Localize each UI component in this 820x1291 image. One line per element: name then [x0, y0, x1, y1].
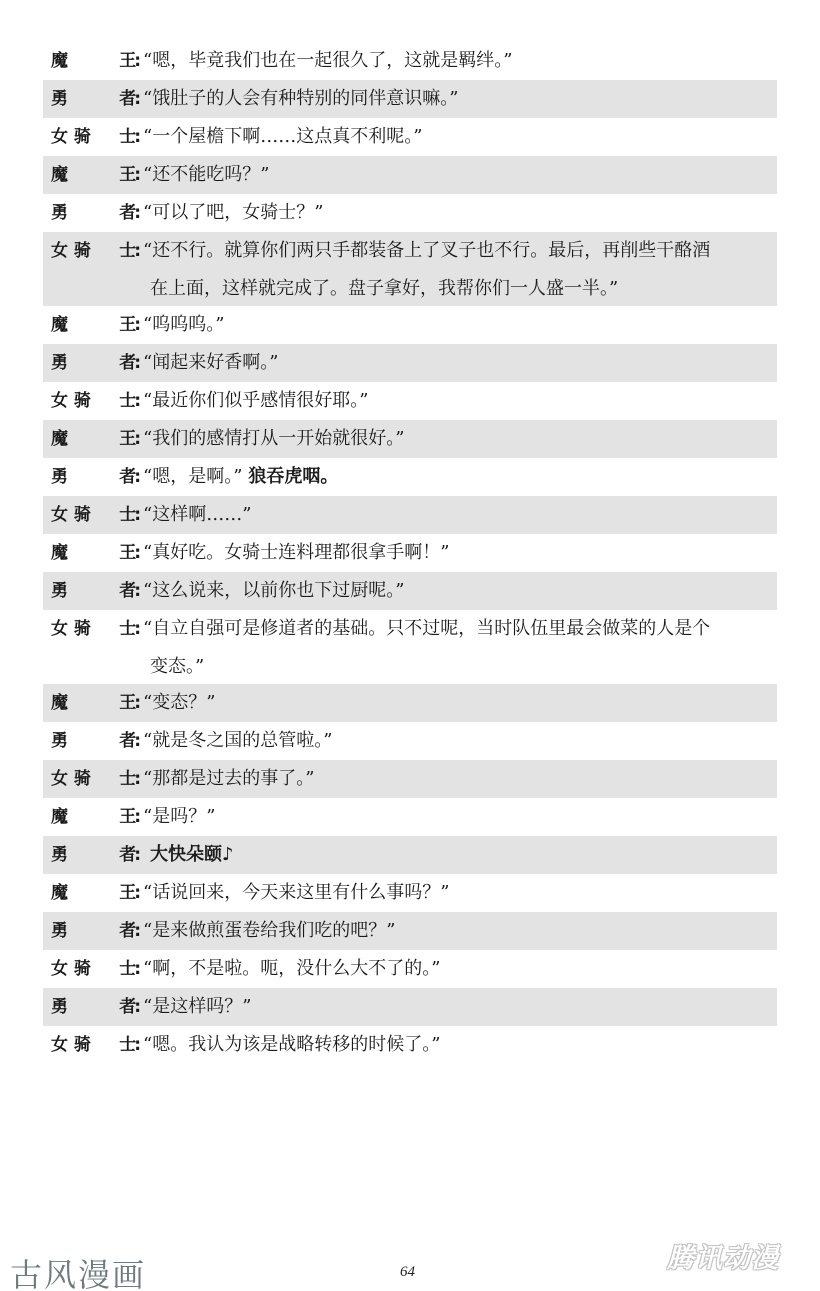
dialogue-row: 勇者:“闻起来好香啊。” [43, 344, 777, 382]
dialogue-text: “最近你们似乎感情很好耶。” [143, 390, 777, 412]
speaker-name-start: 女 骑 [51, 958, 91, 980]
speaker-name-start: 女 骑 [51, 768, 91, 790]
speaker-name-start: 魔 [51, 542, 68, 564]
speaker-label: 魔王: [43, 542, 143, 564]
speaker-name-end: 士: [119, 504, 141, 526]
dialogue-line: “一个屋檐下啊……这点真不利呢。” [143, 126, 422, 147]
dialogue-row: 魔王:“变态？” [43, 684, 777, 722]
speaker-name-end: 者: [119, 202, 141, 224]
speaker-colon: : [134, 731, 141, 751]
dialogue-row: 勇者:“就是冬之国的总管啦。” [43, 722, 777, 760]
speaker-name-end: 者: [119, 730, 141, 752]
dialogue-line: “最近你们似乎感情很好耶。” [143, 390, 368, 411]
dialogue-row: 女 骑士:“还不行。就算你们两只手都装备上了叉子也不行。最后，再削些干酪酒在上面… [43, 232, 777, 306]
footer-brand: 古风漫画 [10, 1250, 146, 1291]
speaker-name-end: 王: [119, 806, 141, 828]
dialogue-row: 女 骑士:“这样啊……” [43, 496, 777, 534]
dialogue-line: “嗯，是啊。” [143, 466, 242, 487]
dialogue-line: “真好吃。女骑士连料理都很拿手啊！” [143, 542, 449, 563]
speaker-label: 魔王: [43, 50, 143, 72]
speaker-label: 勇者: [43, 996, 143, 1018]
speaker-label: 勇者: [43, 920, 143, 942]
dialogue-row: 魔王:“嗯，毕竟我们也在一起很久了，这就是羁绊。” [43, 42, 777, 80]
watermark-logo: 腾讯动漫 [667, 1236, 807, 1269]
sound-effect-text: 大快朵颐♪ [150, 844, 234, 865]
speaker-colon: : [134, 543, 141, 563]
speaker-name-start: 勇 [51, 88, 68, 110]
dialogue-row: 勇者:“饿肚子的人会有种特别的同伴意识嘛。” [43, 80, 777, 118]
speaker-colon: : [134, 127, 141, 147]
dialogue-line: “闻起来好香啊。” [143, 352, 278, 373]
dialogue-text: “一个屋檐下啊……这点真不利呢。” [143, 126, 777, 148]
speaker-name-start: 女 骑 [51, 618, 91, 640]
speaker-label: 魔王: [43, 882, 143, 904]
speaker-name-start: 魔 [51, 692, 68, 714]
dialogue-row: 魔王:“话说回来，今天来这里有什么事吗？” [43, 874, 777, 912]
speaker-name-end: 士: [119, 240, 141, 262]
dialogue-row: 女 骑士:“嗯。我认为该是战略转移的时候了。” [43, 1026, 777, 1064]
dialogue-row: 女 骑士:“最近你们似乎感情很好耶。” [43, 382, 777, 420]
speaker-name-start: 勇 [51, 580, 68, 602]
speaker-name-end: 王: [119, 164, 141, 186]
speaker-name-start: 女 骑 [51, 240, 91, 262]
dialogue-text: “是吗？” [143, 806, 777, 828]
dialogue-line: “那都是过去的事了。” [143, 768, 314, 789]
dialogue-line: “可以了吧，女骑士？” [143, 202, 323, 223]
speaker-name-end: 者: [119, 920, 141, 942]
speaker-label: 女 骑士: [43, 768, 143, 790]
dialogue-text: “呜呜呜。” [143, 314, 777, 336]
speaker-colon: : [134, 959, 141, 979]
dialogue-text: “是来做煎蛋卷给我们吃的吧？” [143, 920, 777, 942]
dialogue-row: 魔王:“还不能吃吗？” [43, 156, 777, 194]
dialogue-row: 女 骑士:“一个屋檐下啊……这点真不利呢。” [43, 118, 777, 156]
speaker-name-start: 女 骑 [51, 504, 91, 526]
speaker-colon: : [134, 693, 141, 713]
dialogue-list: 魔王:“嗯，毕竟我们也在一起很久了，这就是羁绊。”勇者:“饿肚子的人会有种特别的… [43, 42, 777, 1064]
dialogue-line: “还不行。就算你们两只手都装备上了叉子也不行。最后，再削些干酪酒 [143, 240, 710, 261]
dialogue-text: “就是冬之国的总管啦。” [143, 730, 777, 752]
speaker-name-start: 勇 [51, 920, 68, 942]
dialogue-row: 勇者:“这么说来，以前你也下过厨呢。” [43, 572, 777, 610]
speaker-label: 女 骑士: [43, 240, 143, 262]
speaker-name-end: 王: [119, 314, 141, 336]
dialogue-row: 魔王:“真好吃。女骑士连料理都很拿手啊！” [43, 534, 777, 572]
speaker-label: 女 骑士: [43, 504, 143, 526]
dialogue-text: “闻起来好香啊。” [143, 352, 777, 374]
speaker-name-end: 者: [119, 88, 141, 110]
speaker-name-end: 士: [119, 618, 141, 640]
speaker-colon: : [134, 619, 141, 639]
dialogue-line: “嗯，毕竟我们也在一起很久了，这就是羁绊。” [143, 50, 512, 71]
speaker-label: 女 骑士: [43, 618, 143, 640]
dialogue-text: “嗯，是啊。”狼吞虎咽。 [143, 466, 777, 488]
speaker-name-start: 勇 [51, 730, 68, 752]
dialogue-text: “啊，不是啦。呃，没什么大不了的。” [143, 958, 777, 980]
dialogue-line: “是吗？” [143, 806, 215, 827]
speaker-colon: : [134, 429, 141, 449]
speaker-name-end: 王: [119, 428, 141, 450]
dialogue-line-continuation: 变态。” [143, 656, 769, 678]
speaker-label: 女 骑士: [43, 126, 143, 148]
speaker-label: 魔王: [43, 164, 143, 186]
speaker-label: 勇者: [43, 466, 143, 488]
dialogue-text: “那都是过去的事了。” [143, 768, 777, 790]
dialogue-row: 勇者:“嗯，是啊。”狼吞虎咽。 [43, 458, 777, 496]
dialogue-line: “自立自强可是修道者的基础。只不过呢，当时队伍里最会做菜的人是个 [143, 618, 710, 639]
dialogue-row: 勇者:“可以了吧，女骑士？” [43, 194, 777, 232]
dialogue-row: 魔王:“我们的感情打从一开始就很好。” [43, 420, 777, 458]
dialogue-line: “嗯。我认为该是战略转移的时候了。” [143, 1034, 440, 1055]
speaker-colon: : [134, 845, 141, 865]
dialogue-line: “变态？” [143, 692, 215, 713]
dialogue-text: “嗯，毕竟我们也在一起很久了，这就是羁绊。” [143, 50, 777, 72]
speaker-name-start: 勇 [51, 466, 68, 488]
dialogue-line: “还不能吃吗？” [143, 164, 269, 185]
speaker-name-start: 女 骑 [51, 1034, 91, 1056]
speaker-label: 魔王: [43, 314, 143, 336]
speaker-colon: : [134, 505, 141, 525]
dialogue-row: 女 骑士:“那都是过去的事了。” [43, 760, 777, 798]
speaker-name-end: 士: [119, 958, 141, 980]
dialogue-text: “自立自强可是修道者的基础。只不过呢，当时队伍里最会做菜的人是个变态。” [143, 618, 777, 678]
speaker-name-end: 王: [119, 542, 141, 564]
speaker-label: 魔王: [43, 806, 143, 828]
speaker-colon: : [134, 467, 141, 487]
dialogue-row: 魔王:“呜呜呜。” [43, 306, 777, 344]
speaker-name-start: 勇 [51, 996, 68, 1018]
speaker-label: 勇者: [43, 844, 143, 866]
speaker-name-start: 魔 [51, 882, 68, 904]
dialogue-row: 女 骑士:“自立自强可是修道者的基础。只不过呢，当时队伍里最会做菜的人是个变态。… [43, 610, 777, 684]
dialogue-line: “我们的感情打从一开始就很好。” [143, 428, 404, 449]
speaker-colon: : [134, 883, 141, 903]
speaker-name-start: 魔 [51, 806, 68, 828]
speaker-name-start: 女 骑 [51, 390, 91, 412]
speaker-colon: : [134, 353, 141, 373]
page-number: 64 [400, 1264, 415, 1281]
speaker-colon: : [134, 315, 141, 335]
dialogue-line-continuation: 在上面，这样就完成了。盘子拿好，我帮你们一人盛一半。” [143, 278, 769, 300]
speaker-colon: : [134, 203, 141, 223]
speaker-colon: : [134, 807, 141, 827]
dialogue-row: 勇者:“是这样吗？” [43, 988, 777, 1026]
speaker-label: 勇者: [43, 202, 143, 224]
dialogue-line: “饿肚子的人会有种特别的同伴意识嘛。” [143, 88, 458, 109]
speaker-name-end: 士: [119, 390, 141, 412]
speaker-label: 女 骑士: [43, 1034, 143, 1056]
speaker-name-end: 士: [119, 126, 141, 148]
speaker-colon: : [134, 921, 141, 941]
dialogue-text: “这样啊……” [143, 504, 777, 526]
speaker-name-end: 者: [119, 352, 141, 374]
dialogue-text: “变态？” [143, 692, 777, 714]
speaker-name-end: 者: [119, 844, 141, 866]
dialogue-line: “呜呜呜。” [143, 314, 224, 335]
speaker-label: 勇者: [43, 580, 143, 602]
speaker-name-start: 魔 [51, 164, 68, 186]
dialogue-line: “话说回来，今天来这里有什么事吗？” [143, 882, 449, 903]
dialogue-line: “啊，不是啦。呃，没什么大不了的。” [143, 958, 440, 979]
dialogue-text: “话说回来，今天来这里有什么事吗？” [143, 882, 777, 904]
dialogue-line: “这样啊……” [143, 504, 251, 525]
dialogue-row: 勇者:大快朵颐♪ [43, 836, 777, 874]
speaker-colon: : [134, 997, 141, 1017]
dialogue-text: “嗯。我认为该是战略转移的时候了。” [143, 1034, 777, 1056]
dialogue-text: “是这样吗？” [143, 996, 777, 1018]
speaker-name-end: 者: [119, 580, 141, 602]
speaker-colon: : [134, 1035, 141, 1055]
speaker-name-end: 王: [119, 692, 141, 714]
dialogue-row: 勇者:“是来做煎蛋卷给我们吃的吧？” [43, 912, 777, 950]
speaker-name-start: 魔 [51, 50, 68, 72]
speaker-colon: : [134, 581, 141, 601]
speaker-colon: : [134, 165, 141, 185]
speaker-name-start: 勇 [51, 202, 68, 224]
dialogue-text: “饿肚子的人会有种特别的同伴意识嘛。” [143, 88, 777, 110]
sound-effect-text: 狼吞虎咽。 [248, 466, 338, 487]
speaker-label: 勇者: [43, 730, 143, 752]
speaker-name-end: 士: [119, 768, 141, 790]
dialogue-line: “是来做煎蛋卷给我们吃的吧？” [143, 920, 395, 941]
speaker-label: 女 骑士: [43, 390, 143, 412]
speaker-name-end: 者: [119, 996, 141, 1018]
speaker-label: 勇者: [43, 352, 143, 374]
dialogue-text: 大快朵颐♪ [143, 844, 777, 866]
speaker-label: 勇者: [43, 88, 143, 110]
speaker-name-end: 王: [119, 50, 141, 72]
dialogue-line: “是这样吗？” [143, 996, 251, 1017]
speaker-name-end: 者: [119, 466, 141, 488]
speaker-name-start: 勇 [51, 844, 68, 866]
speaker-name-end: 王: [119, 882, 141, 904]
speaker-colon: : [134, 51, 141, 71]
dialogue-line: “这么说来，以前你也下过厨呢。” [143, 580, 404, 601]
dialogue-line: “就是冬之国的总管啦。” [143, 730, 332, 751]
dialogue-text: “可以了吧，女骑士？” [143, 202, 777, 224]
dialogue-text: “还不行。就算你们两只手都装备上了叉子也不行。最后，再削些干酪酒在上面，这样就完… [143, 240, 777, 300]
speaker-label: 女 骑士: [43, 958, 143, 980]
speaker-name-start: 魔 [51, 428, 68, 450]
dialogue-text: “还不能吃吗？” [143, 164, 777, 186]
speaker-label: 魔王: [43, 692, 143, 714]
speaker-name-start: 魔 [51, 314, 68, 336]
speaker-name-start: 勇 [51, 352, 68, 374]
dialogue-text: “我们的感情打从一开始就很好。” [143, 428, 777, 450]
speaker-colon: : [134, 241, 141, 261]
speaker-colon: : [134, 89, 141, 109]
speaker-name-start: 女 骑 [51, 126, 91, 148]
dialogue-text: “真好吃。女骑士连料理都很拿手啊！” [143, 542, 777, 564]
speaker-name-end: 士: [119, 1034, 141, 1056]
dialogue-row: 女 骑士:“啊，不是啦。呃，没什么大不了的。” [43, 950, 777, 988]
dialogue-text: “这么说来，以前你也下过厨呢。” [143, 580, 777, 602]
speaker-colon: : [134, 391, 141, 411]
speaker-label: 魔王: [43, 428, 143, 450]
speaker-colon: : [134, 769, 141, 789]
dialogue-row: 魔王:“是吗？” [43, 798, 777, 836]
